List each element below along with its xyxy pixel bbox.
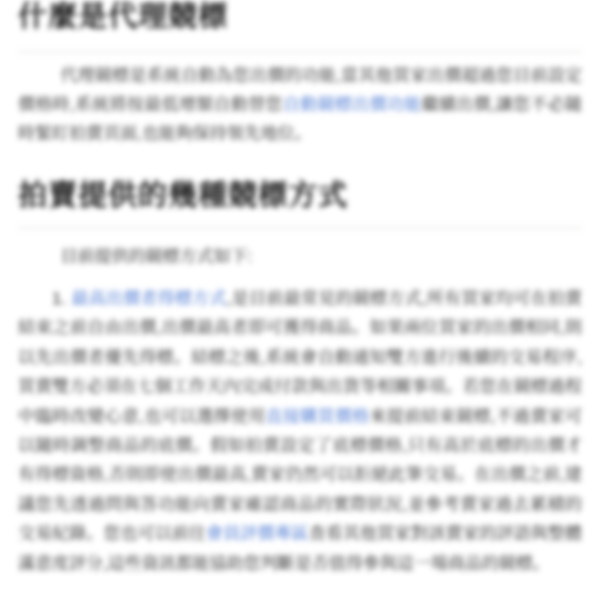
section-heading-bid-types: 拍賣提供的幾種競標方式 [18,178,582,229]
article-page: 什麼是代理競標 代理競標是系統自動為您出價的功能,當其他買家出價超過您目前設定價… [0,0,600,600]
list-item-text: 來提前結束競標,不過賣家可以隨時調整商品的底價。假如拍賣設定了底標價格,只有高於… [18,407,582,544]
list-item-number: 1. [52,289,71,308]
buy-now-price-link[interactable]: 直接購買價格 [266,407,370,426]
list-intro-text: 目前提供的競標方式如下: [18,242,582,271]
intro-paragraph: 代理競標是系統自動為您出價的功能,當其他買家出價超過您目前設定價格時,系統將按最… [18,61,582,148]
member-rating-link[interactable]: 會員評價專區 [206,524,309,543]
list-item-text: ,是目前最常見的競標方式,所有買家均可在拍賣結束之前自由出價,出價最高者即可獲得… [18,289,582,426]
section-heading-what-is-proxy-bid: 什麼是代理競標 [18,0,582,53]
auto-bid-feature-link[interactable]: 自動競標出價功能 [283,95,422,114]
list-item-1: 1. 最高出價者得標方式,是目前最常見的競標方式,所有買家均可在拍賣結束之前自由… [18,284,582,578]
highest-bidder-method-link[interactable]: 最高出價者得標方式 [71,289,227,308]
